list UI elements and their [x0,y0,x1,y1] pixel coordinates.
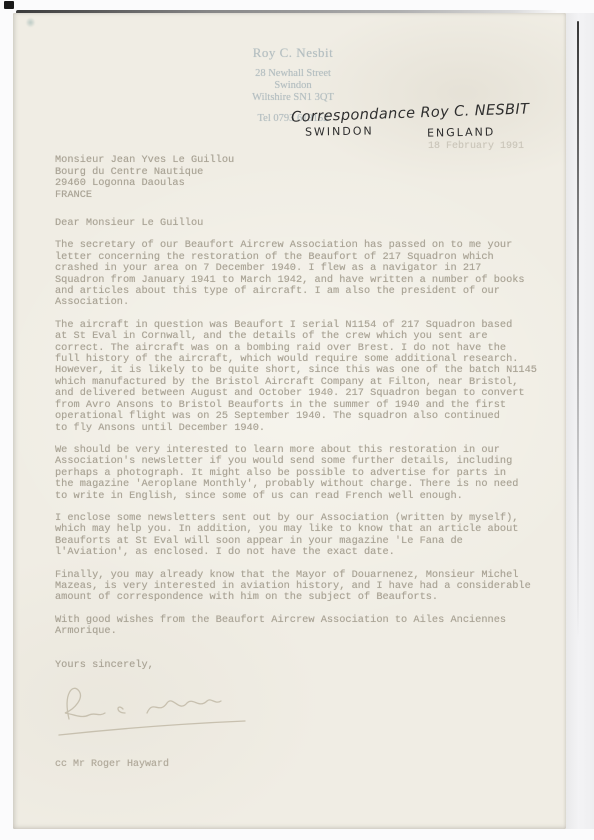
recipient-address: Monsieur Jean Yves Le Guillou Bourg du C… [55,155,234,201]
handwritten-annotation: Correspondance Roy C. NESBIT SWINDON ENG… [291,105,561,143]
letter-paragraph: The aircraft in question was Beaufort I … [55,320,557,434]
recipient-country: FRANCE [55,190,234,202]
letter-paragraph: Finally, you may already know that the M… [55,570,557,604]
scan-right-strip [566,13,594,829]
ink-smudge [26,17,35,28]
scan-edge-shadow-right [577,21,579,641]
letterhead-name: Roy C. Nesbit [163,45,423,61]
letter-page: Roy C. Nesbit 28 Newhall Street Swindon … [13,13,566,829]
letterhead-town: Swindon [163,80,423,92]
letterhead-street: 28 Newhall Street [163,68,423,80]
recipient-name: Monsieur Jean Yves Le Guillou [55,155,234,167]
annotation-correspondent: Correspondance Roy C. NESBIT [291,100,561,125]
letter-date: 18 February 1991 [428,141,558,152]
signature-handwriting [55,677,285,739]
salutation: Dear Monsieur Le Guillou [55,218,557,229]
scan-corner-mark [4,1,14,9]
letter-paragraph: We should be very interested to learn mo… [55,445,557,502]
letter-paragraph: I enclose some newsletters sent out by o… [55,513,557,559]
letterhead-county-postcode: Wiltshire SN1 3QT [163,92,423,104]
annotation-england: ENGLAND [427,125,496,139]
cc-note: cc Mr Roger Hayward [55,759,557,770]
annotation-swindon: SWINDON [305,124,374,138]
letter-paragraph: The secretary of our Beaufort Aircrew As… [55,240,557,308]
letter-body: Dear Monsieur Le Guillou The secretary o… [55,218,557,781]
letter-paragraph: With good wishes from the Beaufort Aircr… [55,615,557,638]
closing: Yours sincerely, [55,660,557,671]
